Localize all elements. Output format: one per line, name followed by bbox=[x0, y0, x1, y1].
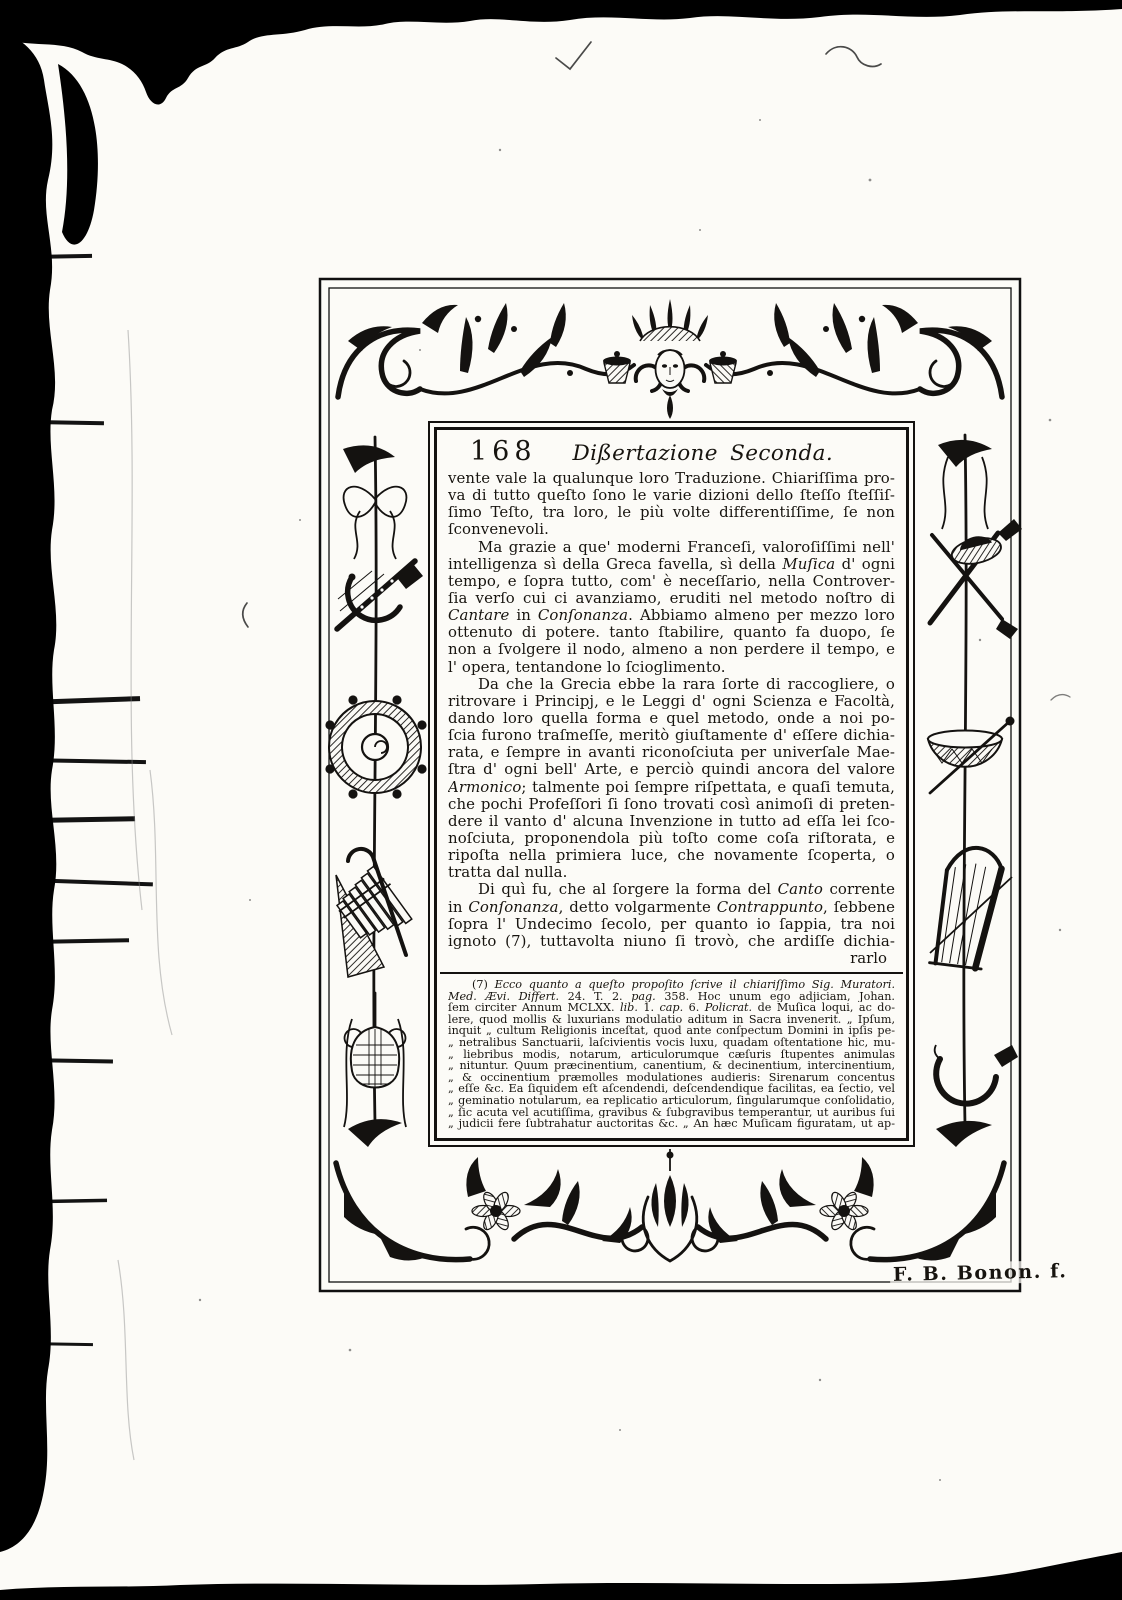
pen-arc-mark-left bbox=[243, 603, 248, 627]
body-text: vente vale la qualunque loro Traduzione.… bbox=[448, 470, 895, 950]
rosette-icon bbox=[472, 1190, 520, 1232]
center-finial-icon bbox=[643, 1149, 696, 1261]
text-line: Ma grazie a que' moderni Franceſi, valor… bbox=[448, 539, 895, 556]
footnote-line: lere, quod mollis & luxurians modulatio … bbox=[448, 1014, 895, 1026]
footnote-line: ſem circiter Annum MCLXX. lib. 1. cap. 6… bbox=[448, 1002, 895, 1014]
page-header: 168 Dißertazione Seconda. bbox=[448, 436, 895, 470]
footnote-line: „ nituntur. Quum præcinentium, canentium… bbox=[448, 1060, 895, 1072]
text-line: non a ſvolgere il nodo, almeno a non per… bbox=[448, 641, 895, 658]
text-line: l' opera, tentandone lo ſcioglimento. bbox=[448, 659, 895, 676]
text-line: Di quì fu, che al ſorgere la forma del C… bbox=[448, 881, 895, 898]
kettledrum-icon bbox=[928, 717, 1015, 794]
bottom-border-ornament bbox=[336, 1149, 1004, 1261]
footnote-line: „ netralibus Sanctuarii, laſcivientis vo… bbox=[448, 1037, 895, 1049]
text-line: in Conſonanza, detto volgarmente Contrap… bbox=[448, 899, 895, 916]
right-border-ornament bbox=[928, 435, 1022, 1147]
paragraph: Ma grazie a que' moderni Franceſi, valor… bbox=[448, 539, 895, 676]
text-line: ſtra d' ogni bell' Arte, e perciò quindi… bbox=[448, 761, 895, 778]
urn-icon bbox=[603, 351, 631, 383]
text-line: ſconvenevoli. bbox=[448, 521, 895, 538]
text-line: dando loro quella forma e quel metodo, o… bbox=[448, 710, 895, 727]
mask-face-icon bbox=[632, 299, 708, 419]
paragraph: Da che la Grecia ebbe la rara ſorte di r… bbox=[448, 676, 895, 882]
text-line: ſia verſo cui ci avanziamo, eruditi nel … bbox=[448, 590, 895, 607]
running-title: Dißertazione Seconda. bbox=[537, 441, 869, 466]
paragraph: vente vale la qualunque loro Traduzione.… bbox=[448, 470, 895, 539]
text-line: ſcia furono traſmeſſe, meritò giuſtament… bbox=[448, 727, 895, 744]
text-line: Armonico; talmente poi ſempre riſpettata… bbox=[448, 779, 895, 796]
text-line: ottenuto di potere. tanto ſtabilire, qua… bbox=[448, 624, 895, 641]
trophy-staff bbox=[964, 435, 966, 1125]
footnote-line: Med. Ævi. Differt. 24. T. 2. pag. 358. H… bbox=[448, 991, 895, 1003]
text-line: che pochi Profeſſori ſi ſono trovati cos… bbox=[448, 796, 895, 813]
text-line: ignoto (7), tuttavolta niuno ſi trovò, c… bbox=[448, 933, 895, 950]
text-line: intelligenza sì della Greca favella, sì … bbox=[448, 556, 895, 573]
text-line: ripoſta nella primiera luce, che novamen… bbox=[448, 847, 895, 864]
footnote-line: „ liebribus modis, notarum, articulorumq… bbox=[448, 1049, 895, 1061]
text-line: ritrovare i Principj, e le Leggi d' ogni… bbox=[448, 693, 895, 710]
text-line: dere il vanto d' alcuna Invenzione in tu… bbox=[448, 813, 895, 830]
text-line: ſopra l' Undecimo ſecolo, per quanto io … bbox=[448, 916, 895, 933]
tambourine-icon bbox=[325, 695, 426, 798]
footnote-line: „ judicii fere ſubtrahatur auctoritas &c… bbox=[448, 1118, 895, 1130]
text-line: vente vale la qualunque loro Traduzione.… bbox=[448, 470, 895, 487]
page-number: 168 bbox=[470, 436, 537, 467]
footnote-rule bbox=[440, 972, 903, 974]
text-line: rata, e ſempre in avanti riconoſciuta pe… bbox=[448, 744, 895, 761]
footnote-line: (7) Ecco quanto a queſto propoſito ſcriv… bbox=[448, 979, 895, 991]
paragraph: Di quì fu, che al ſorgere la forma del C… bbox=[448, 881, 895, 950]
top-edge-artifact bbox=[0, 0, 1122, 105]
text-line: tratta dal nulla. bbox=[448, 864, 895, 881]
engraver-signature: F. B. Bonon. f. bbox=[890, 1260, 1071, 1286]
catchword: rarlo bbox=[448, 950, 895, 967]
top-border-ornament bbox=[338, 299, 1002, 419]
harp-icon bbox=[930, 844, 1004, 970]
text-line: Da che la Grecia ebbe la rara ſorte di r… bbox=[448, 676, 895, 693]
footnote-line: „ & occinentium præmolles modulationes a… bbox=[448, 1072, 895, 1084]
text-line: va di tutto queſto ſono le varie dizioni… bbox=[448, 487, 895, 504]
footnote: (7) Ecco quanto a queſto propoſito ſcriv… bbox=[448, 979, 895, 1130]
scanned-book-page: 168 Dißertazione Seconda. vente vale la … bbox=[0, 0, 1122, 1600]
text-line: noſciuta, proponendola più toſto come co… bbox=[448, 830, 895, 847]
left-border-ornament bbox=[325, 437, 426, 1147]
footnote-line: inquit „ cultum Religionis inceſtat, quo… bbox=[448, 1025, 895, 1037]
pen-squiggle-mark bbox=[826, 47, 881, 67]
horn-icon bbox=[935, 1045, 1018, 1104]
text-line: tempo, e ſopra tutto, com' è neceſſario,… bbox=[448, 573, 895, 590]
text-block-inner: 168 Dißertazione Seconda. vente vale la … bbox=[434, 427, 909, 1141]
text-line: Cantare in Conſonanza. Abbiamo almeno pe… bbox=[448, 607, 895, 624]
bottom-edge-artifact bbox=[0, 1552, 1122, 1600]
footnote-line: „ eſſe &c. Ea ſiquidem eſt aſcendendi, d… bbox=[448, 1083, 895, 1095]
text-line: ſimo Teſto, tra loro, le più volte diffe… bbox=[448, 504, 895, 521]
footnote-line: „ geminatio notularum, ea replicatio art… bbox=[448, 1095, 895, 1107]
pen-check-mark bbox=[556, 42, 591, 69]
footnote-line: „ ſic acuta vel acutiſſima, gravibus & ſ… bbox=[448, 1107, 895, 1119]
pen-arc-mark-right bbox=[1051, 695, 1070, 700]
text-block: 168 Dißertazione Seconda. vente vale la … bbox=[428, 421, 915, 1147]
